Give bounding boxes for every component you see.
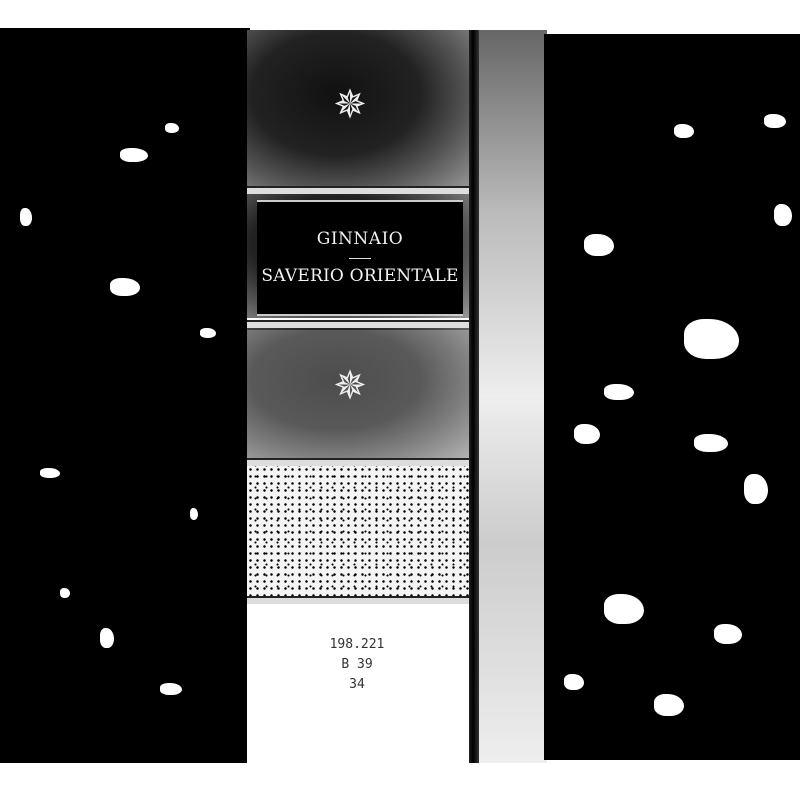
marble-spot [714,624,742,644]
marble-spot [604,594,644,624]
marble-spot [120,148,148,162]
marble-spot [20,208,32,226]
author-text: GINNAIO [257,229,463,249]
shelfmark-line-1: 198.221 [307,635,407,655]
spine-hinge-groove [469,30,479,763]
marble-spot [165,123,179,133]
marble-spot [160,683,182,695]
marble-spot [764,114,786,128]
marble-spot [574,424,600,444]
marble-spot [100,628,114,648]
marble-spot [584,234,614,256]
marble-spot [604,384,634,400]
book-spine: ✵ ✵ GINNAIO SAVERIO ORIENTALE 198.221 B … [247,30,547,763]
ornament-icon: ✵ [330,85,370,125]
right-board-marbled [544,34,800,760]
marble-spot [674,124,694,138]
marble-spot [60,588,70,598]
marble-spot [694,434,728,452]
marble-spot [774,204,792,226]
marble-spot [564,674,584,690]
spine-joint [479,30,547,763]
shelfmark: 198.221 B 39 34 [307,635,407,695]
ornament-icon: ✵ [330,366,370,406]
spine-title-label: GINNAIO SAVERIO ORIENTALE [257,200,463,316]
book-scan: ✵ ✵ GINNAIO SAVERIO ORIENTALE 198.221 B … [0,0,800,800]
left-board-marbled [0,28,250,763]
spine-panel-lower [247,466,469,596]
marble-spot [200,328,216,338]
marble-spot [744,474,768,504]
marble-spot [40,468,60,478]
title-text: SAVERIO ORIENTALE [257,266,463,286]
marble-spot [654,694,684,716]
marble-spot [190,508,198,520]
marble-spot [684,319,739,359]
shelfmark-line-3: 34 [307,675,407,695]
marble-spot [110,278,140,296]
shelfmark-line-2: B 39 [307,655,407,675]
label-divider [349,258,371,259]
